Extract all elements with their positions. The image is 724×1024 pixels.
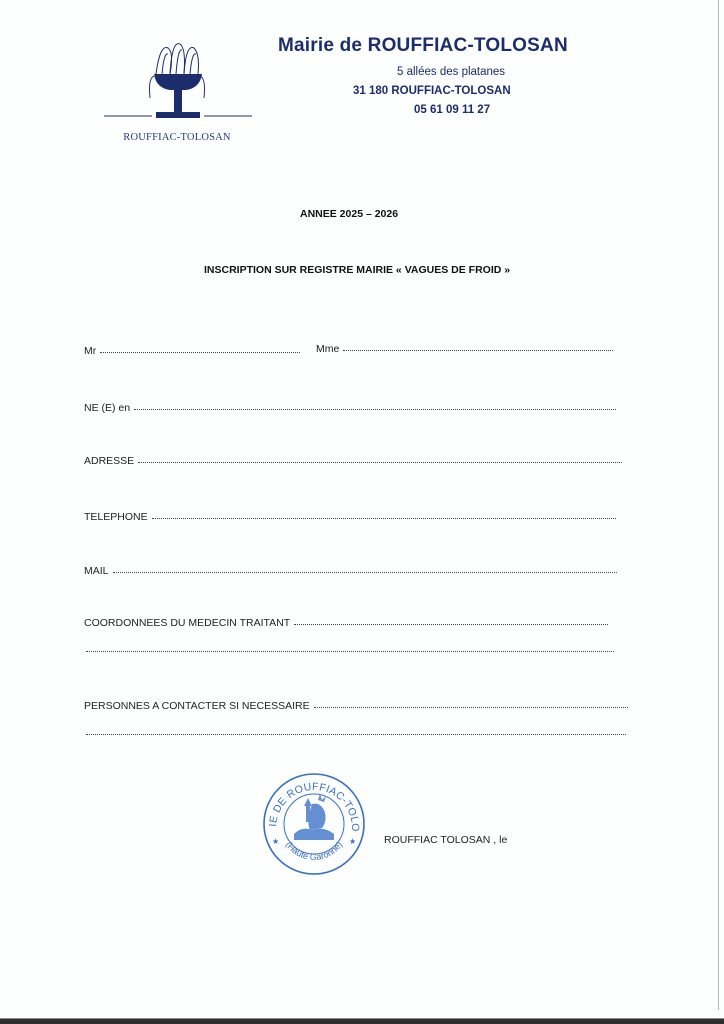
field-mr[interactable]: Mr <box>84 345 300 357</box>
seal-stamp-icon: MAIRIE DE ROUFFIAC-TOLOSAN (Haute Garonn… <box>262 772 366 876</box>
field-address-label: ADRESSE <box>84 455 138 467</box>
field-phone-input[interactable] <box>152 517 616 519</box>
field-doctor-input-line2[interactable] <box>86 650 614 652</box>
scan-bottom-border <box>0 1018 724 1024</box>
address-street: 5 allées des platanes <box>397 66 505 78</box>
form-title: INSCRIPTION SUR REGISTRE MAIRIE « VAGUES… <box>204 264 510 276</box>
field-mail-label: MAIL <box>84 565 113 577</box>
field-mr-input[interactable] <box>100 351 300 353</box>
field-mr-label: Mr <box>84 345 100 357</box>
document-page: ROUFFIAC-TOLOSAN Mairie de ROUFFIAC-TOLO… <box>0 0 724 1024</box>
logo-caption: ROUFFIAC-TOLOSAN <box>114 132 240 143</box>
field-contacts[interactable]: PERSONNES A CONTACTER SI NECESSAIRE <box>84 700 628 712</box>
field-mail[interactable]: MAIL <box>84 565 617 577</box>
org-title: Mairie de ROUFFIAC-TOLOSAN <box>278 35 568 57</box>
address-phone: 05 61 09 11 27 <box>414 104 490 116</box>
field-phone[interactable]: TELEPHONE <box>84 511 616 523</box>
field-mail-input[interactable] <box>113 571 617 573</box>
field-born-in-input[interactable] <box>134 408 616 410</box>
field-address[interactable]: ADRESSE <box>84 455 622 467</box>
svg-text:(Haute Garonne): (Haute Garonne) <box>284 840 345 862</box>
signature-place-date: ROUFFIAC TOLOSAN , le <box>384 834 507 846</box>
address-city: 31 180 ROUFFIAC-TOLOSAN <box>353 85 511 97</box>
field-born-in-label: NE (E) en <box>84 402 134 414</box>
fountain-icon <box>104 34 254 129</box>
field-born-in[interactable]: NE (E) en <box>84 402 616 414</box>
field-mme-input[interactable] <box>343 349 613 351</box>
svg-text:★: ★ <box>349 837 356 846</box>
svg-text:★: ★ <box>272 837 279 846</box>
field-phone-label: TELEPHONE <box>84 511 152 523</box>
field-mme-label: Mme <box>316 343 343 355</box>
field-doctor[interactable]: COORDONNEES DU MEDECIN TRAITANT <box>84 617 608 629</box>
field-doctor-input[interactable] <box>294 623 608 625</box>
field-contacts-label: PERSONNES A CONTACTER SI NECESSAIRE <box>84 700 314 712</box>
field-address-input[interactable] <box>138 461 622 463</box>
school-year: ANNEE 2025 – 2026 <box>300 208 398 220</box>
official-seal: MAIRIE DE ROUFFIAC-TOLOSAN (Haute Garonn… <box>262 772 366 876</box>
field-mme[interactable]: Mme <box>316 343 613 355</box>
page-edge <box>718 0 719 1010</box>
field-contacts-input[interactable] <box>314 706 628 708</box>
field-contacts-input-line2[interactable] <box>86 733 626 735</box>
town-logo: ROUFFIAC-TOLOSAN <box>104 34 254 124</box>
field-doctor-label: COORDONNEES DU MEDECIN TRAITANT <box>84 617 294 629</box>
